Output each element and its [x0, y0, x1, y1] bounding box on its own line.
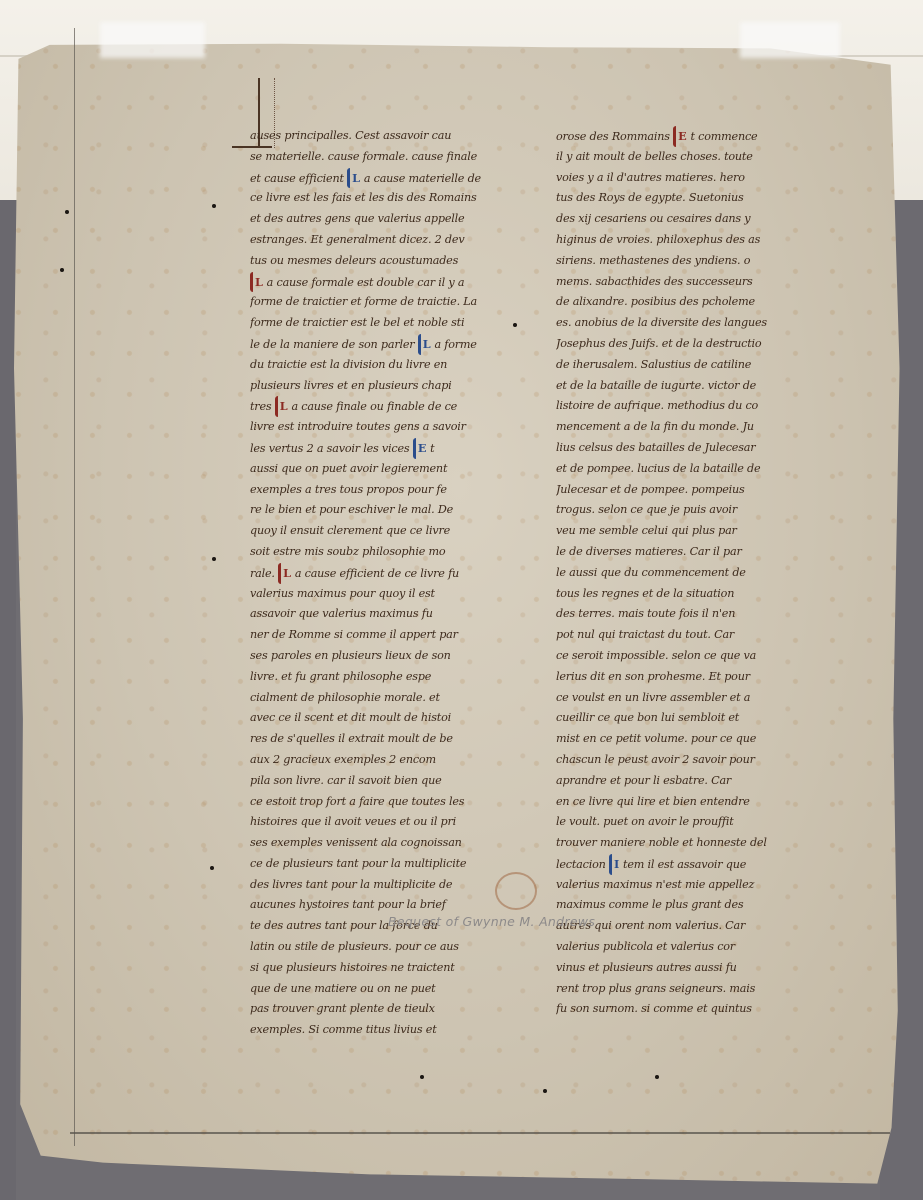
manuscript-line: rale. La cause efficient de ce livre fu: [250, 563, 520, 584]
manuscript-line: higinus de vroies. philoxephus des as: [556, 230, 826, 251]
line-text-after-initial: t: [430, 442, 434, 455]
line-text: de alixandre. posibius des pcholeme: [556, 295, 755, 308]
pricking-hole: [60, 268, 64, 272]
line-text: et cause efficient: [250, 172, 344, 185]
manuscript-line: exemples. Si comme titus livius et: [250, 1020, 520, 1041]
manuscript-line: et de pompee. lucius de la bataille de: [556, 459, 826, 480]
manuscript-line: res de s'quelles il extrait moult de be: [250, 729, 520, 750]
manuscript-line: auses principalles. Cest assavoir cau: [250, 126, 520, 147]
museum-stamp: [495, 872, 537, 910]
manuscript-line: ner de Romme si comme il appert par: [250, 625, 520, 646]
line-text: maximus comme le plus grant des: [556, 898, 743, 911]
line-text: le de diverses matieres. Car il par: [556, 545, 742, 558]
manuscript-line: latin ou stile de plusieurs. pour ce aus: [250, 937, 520, 958]
manuscript-line: voies y a il d'autres matieres. hero: [556, 168, 826, 189]
manuscript-line: es. anobius de la diversite des langues: [556, 313, 826, 334]
manuscript-line: Julecesar et de pompee. pompeius: [556, 480, 826, 501]
manuscript-line: trogus. selon ce que je puis avoir: [556, 500, 826, 521]
manuscript-line: assavoir que valerius maximus fu: [250, 604, 520, 625]
manuscript-line: cialment de philosophie morale. et: [250, 688, 520, 709]
manuscript-line: vinus et plusieurs autres aussi fu: [556, 958, 826, 979]
manuscript-line: des xij cesariens ou cesaires dans y: [556, 209, 826, 230]
manuscript-line: mencement a de la fin du monde. Ju: [556, 417, 826, 438]
manuscript-line: tous les regnes et de la situation: [556, 584, 826, 605]
rubricated-initial-icon: I: [609, 854, 621, 875]
line-text: exemples. Si comme titus livius et: [250, 1023, 437, 1036]
manuscript-line: tus ou mesmes deleurs acoustumades: [250, 251, 520, 272]
line-text-after-initial: tem il est assavoir que: [623, 858, 746, 871]
manuscript-line: valerius maximus n'est mie appellez: [556, 875, 826, 896]
line-text: listoire de aufrique. methodius du co: [556, 399, 758, 412]
line-text: valerius publicola et valerius cor: [556, 940, 735, 953]
line-text: trogus. selon ce que je puis avoir: [556, 503, 737, 516]
manuscript-line: il y ait moult de belles choses. toute: [556, 147, 826, 168]
line-text-after-initial: a cause efficient de ce livre fu: [295, 567, 459, 580]
line-text: valerius maximus n'est mie appellez: [556, 878, 754, 891]
manuscript-line: que de une matiere ou on ne puet: [250, 979, 520, 1000]
manuscript-line: lerius dit en son prohesme. Et pour: [556, 667, 826, 688]
line-text: lius celsus des batailles de Julecesar: [556, 441, 755, 454]
line-text: pila son livre. car il savoit bien que: [250, 774, 442, 787]
manuscript-line: aussi que on puet avoir legierement: [250, 459, 520, 480]
line-text: forme de traictier et forme de traictie.…: [250, 295, 477, 308]
line-text: vinus et plusieurs autres aussi fu: [556, 961, 737, 974]
line-text: chascun le peust avoir 2 savoir pour: [556, 753, 755, 766]
manuscript-line: valerius maximus pour quoy il est: [250, 584, 520, 605]
manuscript-line: tus des Roys de egypte. Suetonius: [556, 188, 826, 209]
line-text: tres: [250, 400, 271, 413]
line-text: higinus de vroies. philoxephus des as: [556, 233, 760, 246]
manuscript-line: valerius publicola et valerius cor: [556, 937, 826, 958]
manuscript-line: ses paroles en plusieurs lieux de son: [250, 646, 520, 667]
line-text: ses exemples venissent ala cognoissan: [250, 836, 462, 849]
line-text: les vertus 2 a savoir les vices: [250, 442, 409, 455]
pricking-hole: [65, 210, 69, 214]
manuscript-line: mist en ce petit volume. pour ce que: [556, 729, 826, 750]
line-text: mencement a de la fin du monde. Ju: [556, 420, 754, 433]
line-text: lerius dit en son prohesme. Et pour: [556, 670, 750, 683]
manuscript-line: les vertus 2 a savoir les vices Et: [250, 438, 520, 459]
line-text: cueillir ce que bon lui sembloit et: [556, 711, 739, 724]
line-text: tous les regnes et de la situation: [556, 587, 734, 600]
manuscript-line: si que plusieurs histoires ne traictent: [250, 958, 520, 979]
manuscript-line: orose des Rommains Et commence: [556, 126, 826, 147]
line-text: mist en ce petit volume. pour ce que: [556, 732, 756, 745]
manuscript-line: lectacion Item il est assavoir que: [556, 854, 826, 875]
bequest-inscription: Bequest of Gwynne M. Andrews: [388, 914, 595, 929]
line-text-after-initial: a cause formale est double car il y a: [267, 276, 465, 289]
backdrop-left: [0, 200, 16, 1200]
manuscript-line: La cause formale est double car il y a: [250, 272, 520, 293]
line-text: fu son surnom. si comme et quintus: [556, 1002, 752, 1015]
line-text: et de la bataille de iugurte. victor de: [556, 379, 756, 392]
line-text: forme de traictier est le bel et noble s…: [250, 316, 464, 329]
line-text: histoires que il avoit veues et ou il pr…: [250, 815, 456, 828]
line-text: aprandre et pour li esbatre. Car: [556, 774, 731, 787]
manuscript-line: veu me semble celui qui plus par: [556, 521, 826, 542]
line-text: avec ce il scent et dit moult de histoi: [250, 711, 451, 724]
manuscript-line: siriens. methastenes des yndiens. o: [556, 251, 826, 272]
line-text: orose des Rommains: [556, 130, 670, 143]
line-text: ner de Romme si comme il appert par: [250, 628, 458, 641]
line-text: ce voulst en un livre assembler et a: [556, 691, 750, 704]
line-text: res de s'quelles il extrait moult de be: [250, 732, 453, 745]
manuscript-line: le aussi que du commencement de: [556, 563, 826, 584]
line-text: ses paroles en plusieurs lieux de son: [250, 649, 451, 662]
line-text: aucunes hystoires tant pour la brief: [250, 898, 446, 911]
manuscript-line: trouver maniere noble et honneste del: [556, 833, 826, 854]
pricking-hole: [543, 1089, 547, 1093]
line-text: ce de plusieurs tant pour la multiplicit…: [250, 857, 466, 870]
manuscript-line: ce seroit impossible. selon ce que va: [556, 646, 826, 667]
line-text: es. anobius de la diversite des langues: [556, 316, 767, 329]
line-text: le aussi que du commencement de: [556, 566, 746, 579]
line-text: livre est introduire toutes gens a savoi…: [250, 420, 466, 433]
manuscript-line: plusieurs livres et en plusieurs chapi: [250, 376, 520, 397]
line-text: des xij cesariens ou cesaires dans y: [556, 212, 750, 225]
margin-ruling-horizontal: [70, 1132, 890, 1134]
line-text: des terres. mais toute fois il n'en: [556, 607, 735, 620]
pricking-hole: [655, 1075, 659, 1079]
line-text: re le bien et pour eschiver le mal. De: [250, 503, 453, 516]
line-text: tus ou mesmes deleurs acoustumades: [250, 254, 458, 267]
manuscript-line: livre est introduire toutes gens a savoi…: [250, 417, 520, 438]
manuscript-line: aprandre et pour li esbatre. Car: [556, 771, 826, 792]
manuscript-line: ce de plusieurs tant pour la multiplicit…: [250, 854, 520, 875]
line-text-after-initial: a cause materielle de: [364, 172, 481, 185]
line-text: en ce livre qui lire et bien entendre: [556, 795, 750, 808]
line-text: lectacion: [556, 858, 606, 871]
pricking-hole: [420, 1075, 424, 1079]
line-text: aux 2 gracieux exemples 2 encom: [250, 753, 436, 766]
line-text: exemples a tres tous propos pour fe: [250, 483, 447, 496]
rubricated-initial-icon: L: [347, 168, 362, 189]
manuscript-line: soit estre mis soubz philosophie mo: [250, 542, 520, 563]
line-text: plusieurs livres et en plusieurs chapi: [250, 379, 452, 392]
line-text: ce estoit trop fort a faire que toutes l…: [250, 795, 464, 808]
line-text: estranges. Et generalment dicez. 2 dev: [250, 233, 464, 246]
manuscript-line: et cause efficient La cause materielle d…: [250, 168, 520, 189]
manuscript-line: ce voulst en un livre assembler et a: [556, 688, 826, 709]
rubricated-initial-icon: L: [418, 334, 433, 355]
manuscript-line: rent trop plus grans seigneurs. mais: [556, 979, 826, 1000]
line-text: aussi que on puet avoir legierement: [250, 462, 447, 475]
line-text: que de une matiere ou on ne puet: [250, 982, 435, 995]
line-text: de iherusalem. Salustius de catiline: [556, 358, 751, 371]
manuscript-line: et des autres gens que valerius appelle: [250, 209, 520, 230]
line-text: si que plusieurs histoires ne traictent: [250, 961, 455, 974]
line-text: siriens. methastenes des yndiens. o: [556, 254, 750, 267]
line-text: trouver maniere noble et honneste del: [556, 836, 767, 849]
line-text: et des autres gens que valerius appelle: [250, 212, 464, 225]
manuscript-line: quoy il ensuit clerement que ce livre: [250, 521, 520, 542]
manuscript-line: le voult. puet on avoir le prouffit: [556, 812, 826, 833]
manuscript-line: pot nul qui traictast du tout. Car: [556, 625, 826, 646]
line-text: le voult. puet on avoir le prouffit: [556, 815, 734, 828]
line-text: se materielle. cause formale. cause fina…: [250, 150, 477, 163]
manuscript-line: ce estoit trop fort a faire que toutes l…: [250, 792, 520, 813]
manuscript-line: chascun le peust avoir 2 savoir pour: [556, 750, 826, 771]
line-text-after-initial: a forme: [434, 338, 476, 351]
line-text: rale.: [250, 567, 275, 580]
line-text: il y ait moult de belles choses. toute: [556, 150, 753, 163]
line-text: soit estre mis soubz philosophie mo: [250, 545, 445, 558]
manuscript-line: estranges. Et generalment dicez. 2 dev: [250, 230, 520, 251]
pricking-hole: [212, 204, 216, 208]
line-text: rent trop plus grans seigneurs. mais: [556, 982, 755, 995]
line-text: mems. sabacthides des successeurs: [556, 275, 753, 288]
manuscript-line: ce livre est les fais et les dis des Rom…: [250, 188, 520, 209]
line-text: le de la maniere de son parler: [250, 338, 414, 351]
manuscript-line: listoire de aufrique. methodius du co: [556, 396, 826, 417]
manuscript-line: livre. et fu grant philosophe espe: [250, 667, 520, 688]
line-text: du traictie est la division du livre en: [250, 358, 447, 371]
line-text: et de pompee. lucius de la bataille de: [556, 462, 760, 475]
line-text: latin ou stile de plusieurs. pour ce aus: [250, 940, 459, 953]
line-text: auses principalles. Cest assavoir cau: [250, 129, 451, 142]
manuscript-line: pas trouver grant plente de tieulx: [250, 999, 520, 1020]
manuscript-line: des livres tant pour la multiplicite de: [250, 875, 520, 896]
line-text: veu me semble celui qui plus par: [556, 524, 737, 537]
line-text-after-initial: a cause finale ou finable de ce: [291, 400, 457, 413]
manuscript-line: Josephus des Juifs. et de la destructio: [556, 334, 826, 355]
line-text: pas trouver grant plente de tieulx: [250, 1002, 435, 1015]
manuscript-line: et de la bataille de iugurte. victor de: [556, 376, 826, 397]
pricking-hole: [210, 866, 214, 870]
line-text: quoy il ensuit clerement que ce livre: [250, 524, 450, 537]
line-text: Julecesar et de pompee. pompeius: [556, 483, 745, 496]
manuscript-line: histoires que il avoit veues et ou il pr…: [250, 812, 520, 833]
manuscript-line: pila son livre. car il savoit bien que: [250, 771, 520, 792]
manuscript-line: du traictie est la division du livre en: [250, 355, 520, 376]
manuscript-line: forme de traictier et forme de traictie.…: [250, 292, 520, 313]
manuscript-line: avec ce il scent et dit moult de histoi: [250, 708, 520, 729]
manuscript-line: re le bien et pour eschiver le mal. De: [250, 500, 520, 521]
line-text: pot nul qui traictast du tout. Car: [556, 628, 734, 641]
margin-ruling-vertical: [74, 28, 75, 1146]
manuscript-line: mems. sabacthides des successeurs: [556, 272, 826, 293]
manuscript-line: cueillir ce que bon lui sembloit et: [556, 708, 826, 729]
line-text-after-initial: t commence: [690, 130, 757, 143]
mounting-tape-right: [740, 22, 840, 58]
manuscript-line: forme de traictier est le bel et noble s…: [250, 313, 520, 334]
manuscript-line: maximus comme le plus grant des: [556, 895, 826, 916]
line-text: cialment de philosophie morale. et: [250, 691, 440, 704]
manuscript-line: exemples a tres tous propos pour fe: [250, 480, 520, 501]
rubricated-initial-icon: L: [275, 396, 290, 417]
rubricated-initial-icon: E: [673, 126, 688, 147]
line-text: ce livre est les fais et les dis des Rom…: [250, 191, 477, 204]
manuscript-line: tres La cause finale ou finable de ce: [250, 396, 520, 417]
line-text: Josephus des Juifs. et de la destructio: [556, 337, 761, 350]
manuscript-line: se materielle. cause formale. cause fina…: [250, 147, 520, 168]
manuscript-line: de alixandre. posibius des pcholeme: [556, 292, 826, 313]
line-text: valerius maximus pour quoy il est: [250, 587, 435, 600]
manuscript-line: ses exemples venissent ala cognoissan: [250, 833, 520, 854]
pricking-hole: [212, 557, 216, 561]
text-column-right: orose des Rommains Et commenceil y ait m…: [556, 126, 826, 1020]
line-text: des livres tant pour la multiplicite de: [250, 878, 452, 891]
manuscript-line: le de diverses matieres. Car il par: [556, 542, 826, 563]
line-text: tus des Roys de egypte. Suetonius: [556, 191, 744, 204]
line-text: assavoir que valerius maximus fu: [250, 607, 433, 620]
manuscript-line: fu son surnom. si comme et quintus: [556, 999, 826, 1020]
line-text: livre. et fu grant philosophe espe: [250, 670, 431, 683]
text-column-left: auses principalles. Cest assavoir cause …: [250, 126, 520, 1041]
manuscript-line: des terres. mais toute fois il n'en: [556, 604, 826, 625]
mounting-tape-left: [100, 22, 205, 58]
rubricated-initial-icon: E: [413, 438, 428, 459]
manuscript-line: de iherusalem. Salustius de catiline: [556, 355, 826, 376]
manuscript-line: le de la maniere de son parler La forme: [250, 334, 520, 355]
rubricated-initial-icon: L: [278, 563, 293, 584]
manuscript-line: lius celsus des batailles de Julecesar: [556, 438, 826, 459]
line-text: voies y a il d'autres matieres. hero: [556, 171, 745, 184]
manuscript-line: autres qui orent nom valerius. Car: [556, 916, 826, 937]
manuscript-line: en ce livre qui lire et bien entendre: [556, 792, 826, 813]
line-text: ce seroit impossible. selon ce que va: [556, 649, 756, 662]
rubricated-initial-icon: L: [250, 272, 265, 293]
manuscript-line: aux 2 gracieux exemples 2 encom: [250, 750, 520, 771]
